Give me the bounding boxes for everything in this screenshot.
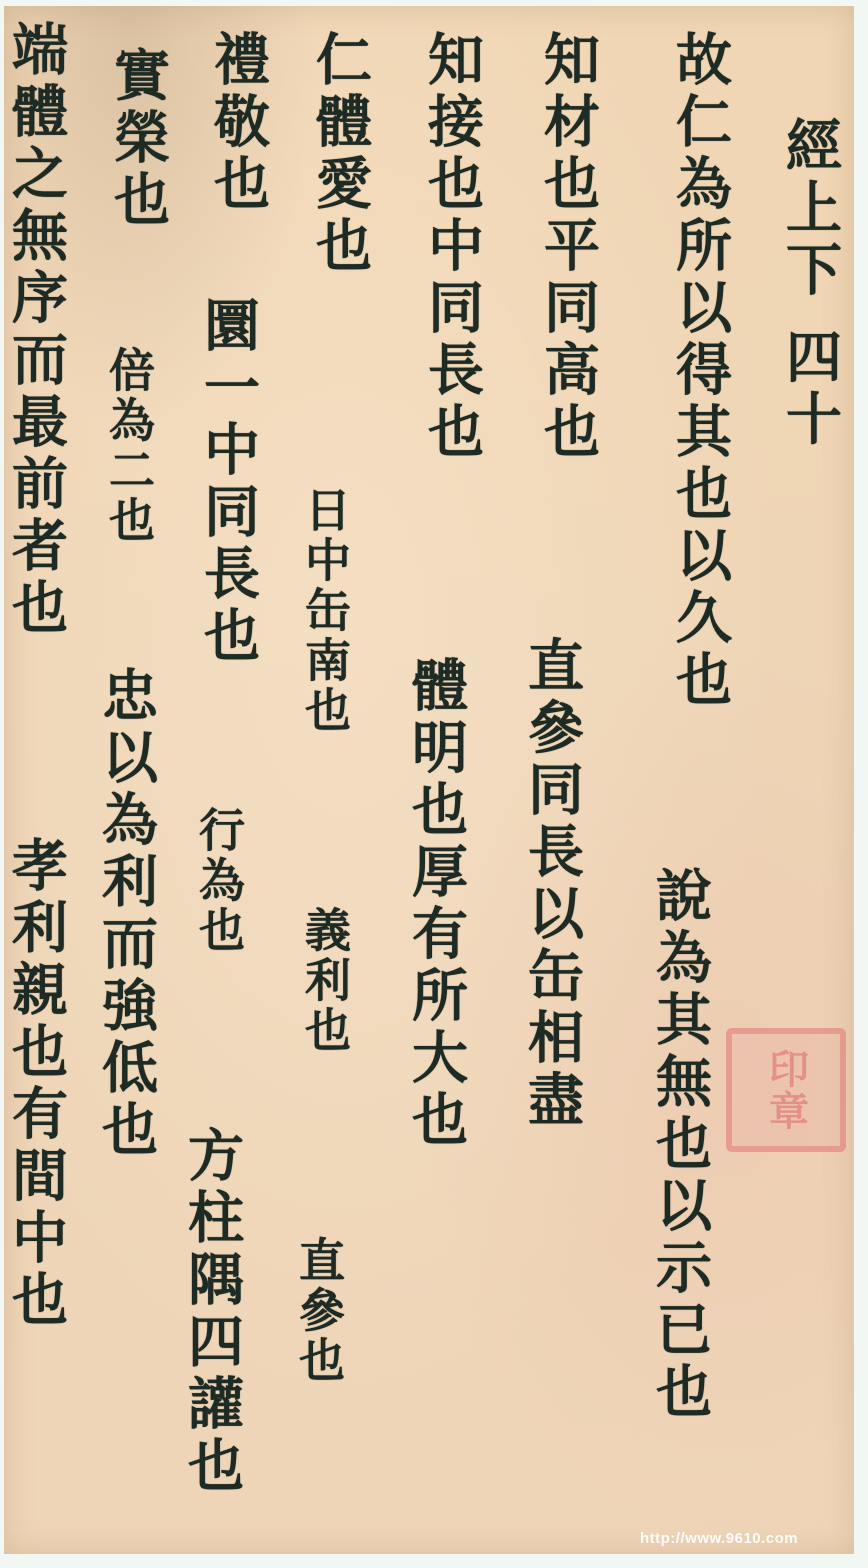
text-column: 日中缶南也 xyxy=(302,486,348,736)
manuscript-paper: 經上下 四十 故仁為所以得其也以久也 說為其無也以示已也 知材也平同高也 直參同… xyxy=(4,6,854,1554)
text-column: 方柱隅四讙也 xyxy=(184,1126,240,1498)
text-column: 仁體愛也 xyxy=(312,30,368,278)
text-column: 知材也平同高也 xyxy=(540,30,596,464)
text-column: 義利也 xyxy=(302,906,348,1056)
text-column: 端體之無序而最前者也 xyxy=(8,20,64,640)
text-column: 知接也中同長也 xyxy=(424,30,480,464)
text-column: 孝利親也有間中也 xyxy=(8,836,64,1332)
text-column: 故仁為所以得其也以久也 xyxy=(672,30,728,712)
text-column: 禮敬也 xyxy=(210,30,266,216)
text-column: 直參同長以缶相盡 xyxy=(524,636,580,1132)
text-column: 行為也 xyxy=(196,806,242,956)
watermark-url: http://www.9610.com xyxy=(640,1530,798,1547)
text-column: 倍為二也 xyxy=(106,346,152,546)
text-column: 圜一中同長也 xyxy=(200,296,256,668)
text-column: 實榮也 xyxy=(110,46,166,232)
text-column: 直參也 xyxy=(296,1236,342,1386)
red-seal-stamp: 印章 xyxy=(726,1028,846,1152)
text-column: 體明也厚有所大也 xyxy=(408,656,464,1152)
text-column: 說為其無也以示已也 xyxy=(652,866,708,1424)
text-column: 忠以為利而強低也 xyxy=(98,666,154,1162)
text-column: 經上下 四十 xyxy=(782,116,838,452)
